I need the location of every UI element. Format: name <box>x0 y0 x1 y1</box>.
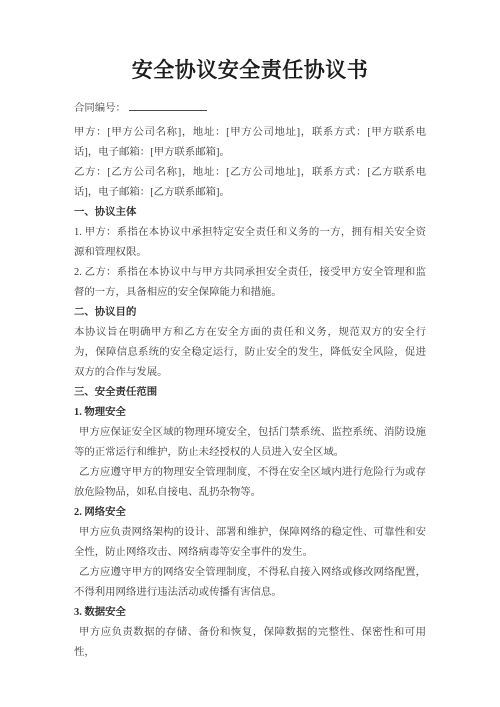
section-heading: 一、协议主体 <box>74 203 426 223</box>
paragraph: 本协议旨在明确甲方和乙方在安全方面的责任和义务，规范双方的安全行为，保障信息系统… <box>74 323 426 383</box>
contract-number-line: 合同编号： <box>74 99 426 119</box>
contract-number-label: 合同编号： <box>74 103 126 114</box>
document-body: 合同编号：甲方：[甲方公司名称]，地址：[甲方公司地址]，联系方式：[甲方联系电… <box>74 99 426 663</box>
section-subheading: 1. 物理安全 <box>74 403 426 423</box>
section-heading: 二、协议目的 <box>74 303 426 323</box>
paragraph: 甲方应负责网络架构的设计、部署和维护，保障网络的稳定性、可靠性和安全性，防止网络… <box>74 523 426 563</box>
section-subheading: 2. 网络安全 <box>74 503 426 523</box>
paragraph: 甲方应保证安全区域的物理环境安全，包括门禁系统、监控系统、消防设施等的正常运行和… <box>74 423 426 463</box>
section-heading: 三、安全责任范围 <box>74 383 426 403</box>
document-page: 安全协议安全责任协议书 合同编号：甲方：[甲方公司名称]，地址：[甲方公司地址]… <box>0 0 500 707</box>
paragraph: 乙方应遵守甲方的物理安全管理制度，不得在安全区域内进行危险行为或存放危险物品，如… <box>74 463 426 503</box>
contract-number-blank <box>129 99 207 111</box>
paragraph: 乙方应遵守甲方的网络安全管理制度，不得私自接入网络或修改网络配置，不得利用网络进… <box>74 563 426 603</box>
section-subheading: 3. 数据安全 <box>74 603 426 623</box>
paragraph: 1. 甲方：系指在本协议中承担特定安全责任和义务的一方，拥有相关安全资源和管理权… <box>74 223 426 263</box>
document-title: 安全协议安全责任协议书 <box>74 57 426 83</box>
paragraph: 甲方应负责数据的存储、备份和恢复，保障数据的完整性、保密性和可用性， <box>74 623 426 663</box>
paragraph: 乙方：[乙方公司名称]，地址：[乙方公司地址]，联系方式：[乙方联系电话]，电子… <box>74 163 426 203</box>
paragraph: 2. 乙方：系指在本协议中与甲方共同承担安全责任，接受甲方安全管理和监督的一方，… <box>74 263 426 303</box>
paragraph: 甲方：[甲方公司名称]，地址：[甲方公司地址]，联系方式：[甲方联系电话]，电子… <box>74 123 426 163</box>
